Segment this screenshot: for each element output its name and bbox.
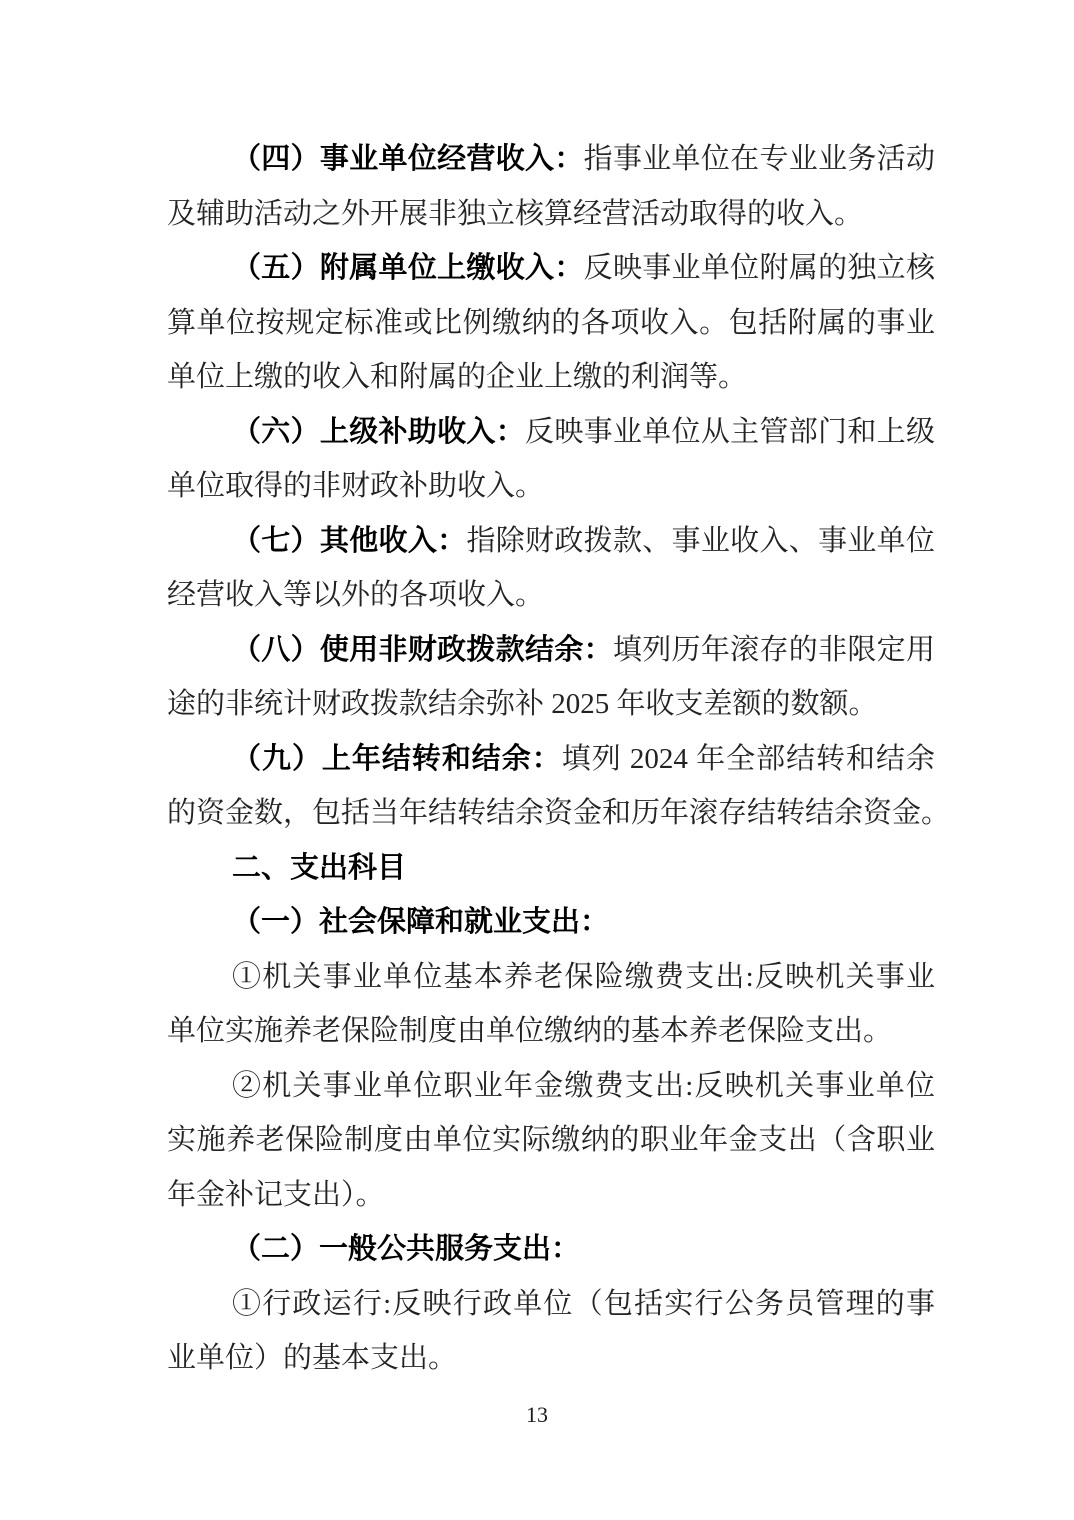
text-run: ①行政运行:反映行政单位（包括实行公务员管理的事 <box>232 1288 935 1320</box>
text-run: 反映事业单位从主管部门和上级 <box>525 416 935 448</box>
text-run: ②机关事业单位职业年金缴费支出:反映机关事业单位 <box>232 1070 935 1102</box>
paragraph-item-5-affiliated-unit-remitted-income: （五）附属单位上缴收入：反映事业单位附属的独立核算单位按规定标准或比例缴纳的各项… <box>167 241 935 405</box>
bold-text-run: （九）上年结转和结余： <box>232 743 562 775</box>
text-line: 经营收入等以外的各项收入。 <box>167 568 935 623</box>
text-run: 年金补记支出）。 <box>167 1179 385 1211</box>
text-line: 途的非统计财政拨款结余弥补 2025 年收支差额的数额。 <box>167 677 935 732</box>
text-line: （九）上年结转和结余：填列 2024 年全部结转和结余 <box>167 732 935 787</box>
text-line: （二）一般公共服务支出： <box>167 1222 935 1277</box>
paragraph-sub-1-circled-2-occupational-annuity-contribution: ②机关事业单位职业年金缴费支出:反映机关事业单位实施养老保险制度由单位实际缴纳的… <box>167 1059 935 1223</box>
text-run: 途的非统计财政拨款结余弥补 2025 年收支差额的数额。 <box>167 688 878 720</box>
text-line: ①行政运行:反映行政单位（包括实行公务员管理的事 <box>167 1277 935 1332</box>
paragraph-sub-2-circled-1-administrative-operation: ①行政运行:反映行政单位（包括实行公务员管理的事业单位）的基本支出。 <box>167 1277 935 1386</box>
paragraph-item-7-other-income: （七）其他收入：指除财政拨款、事业收入、事业单位经营收入等以外的各项收入。 <box>167 514 935 623</box>
paragraph-item-4-business-operating-income: （四）事业单位经营收入：指事业单位在专业业务活动及辅助活动之外开展非独立核算经营… <box>167 132 935 241</box>
text-run: 经营收入等以外的各项收入。 <box>167 579 544 611</box>
text-line: （七）其他收入：指除财政拨款、事业收入、事业单位 <box>167 514 935 569</box>
text-line: ②机关事业单位职业年金缴费支出:反映机关事业单位 <box>167 1059 935 1114</box>
text-run: 指事业单位在专业业务活动 <box>584 143 935 175</box>
paragraph-section-2-expenditure-items-heading: 二、支出科目 <box>167 841 935 896</box>
paragraph-sub-1-circled-1-basic-pension-contribution: ①机关事业单位基本养老保险缴费支出:反映机关事业单位实施养老保险制度由单位缴纳的… <box>167 950 935 1059</box>
text-line: （八）使用非财政拨款结余：填列历年滚存的非限定用 <box>167 623 935 678</box>
text-line: 年金补记支出）。 <box>167 1168 935 1223</box>
text-line: 及辅助活动之外开展非独立核算经营活动取得的收入。 <box>167 187 935 242</box>
text-line: （六）上级补助收入：反映事业单位从主管部门和上级 <box>167 405 935 460</box>
bold-text-run: （四）事业单位经营收入： <box>232 143 584 175</box>
bold-text-run: （七）其他收入： <box>232 525 466 557</box>
text-line: 算单位按规定标准或比例缴纳的各项收入。包括附属的事业 <box>167 296 935 351</box>
bold-text-run: （一）社会保障和就业支出： <box>232 906 609 938</box>
text-run: 反映事业单位附属的独立核 <box>584 252 935 284</box>
bold-text-run: （五）附属单位上缴收入： <box>232 252 584 284</box>
page-footer: 13 <box>0 1402 1074 1428</box>
text-line: 二、支出科目 <box>167 841 935 896</box>
text-run: 算单位按规定标准或比例缴纳的各项收入。包括附属的事业 <box>167 307 935 339</box>
text-line: 单位实施养老保险制度由单位缴纳的基本养老保险支出。 <box>167 1004 935 1059</box>
text-line: （四）事业单位经营收入：指事业单位在专业业务活动 <box>167 132 935 187</box>
text-line: 单位取得的非财政补助收入。 <box>167 459 935 514</box>
document-body: （四）事业单位经营收入：指事业单位在专业业务活动及辅助活动之外开展非独立核算经营… <box>167 132 935 1386</box>
text-run: 指除财政拨款、事业收入、事业单位 <box>466 525 935 557</box>
bold-text-run: （六）上级补助收入： <box>232 416 525 448</box>
paragraph-sub-2-general-public-services-heading: （二）一般公共服务支出： <box>167 1222 935 1277</box>
bold-text-run: （二）一般公共服务支出： <box>232 1233 580 1265</box>
text-line: 的资金数，包括当年结转结余资金和历年滚存结转结余资金。 <box>167 786 935 841</box>
page-number: 13 <box>526 1402 548 1427</box>
text-run: 的资金数，包括当年结转结余资金和历年滚存结转结余资金。 <box>167 797 950 829</box>
bold-text-run: 二、支出科目 <box>232 852 406 884</box>
paragraph-item-6-superior-subsidy-income: （六）上级补助收入：反映事业单位从主管部门和上级单位取得的非财政补助收入。 <box>167 405 935 514</box>
paragraph-sub-1-social-security-employment-heading: （一）社会保障和就业支出： <box>167 895 935 950</box>
text-line: 业单位）的基本支出。 <box>167 1331 935 1386</box>
text-run: 填列 2024 年全部结转和结余 <box>562 743 935 775</box>
text-run: 单位实施养老保险制度由单位缴纳的基本养老保险支出。 <box>167 1015 892 1047</box>
text-line: ①机关事业单位基本养老保险缴费支出:反映机关事业 <box>167 950 935 1005</box>
text-line: （一）社会保障和就业支出： <box>167 895 935 950</box>
paragraph-item-9-prior-year-carryover-and-surplus: （九）上年结转和结余：填列 2024 年全部结转和结余的资金数，包括当年结转结余… <box>167 732 935 841</box>
text-line: 实施养老保险制度由单位实际缴纳的职业年金支出（含职业 <box>167 1113 935 1168</box>
bold-text-run: （八）使用非财政拨款结余： <box>232 634 613 666</box>
text-run: 实施养老保险制度由单位实际缴纳的职业年金支出（含职业 <box>167 1124 935 1156</box>
text-run: 单位上缴的收入和附属的企业上缴的利润等。 <box>167 361 747 393</box>
paragraph-item-8-use-of-non-fiscal-appropriation-surplus: （八）使用非财政拨款结余：填列历年滚存的非限定用途的非统计财政拨款结余弥补 20… <box>167 623 935 732</box>
text-run: 业单位）的基本支出。 <box>167 1342 457 1374</box>
text-run: 填列历年滚存的非限定用 <box>613 634 935 666</box>
text-run: 及辅助活动之外开展非独立核算经营活动取得的收入。 <box>167 198 863 230</box>
text-run: ①机关事业单位基本养老保险缴费支出:反映机关事业 <box>232 961 935 993</box>
document-page: （四）事业单位经营收入：指事业单位在专业业务活动及辅助活动之外开展非独立核算经营… <box>0 0 1074 1520</box>
text-line: 单位上缴的收入和附属的企业上缴的利润等。 <box>167 350 935 405</box>
text-line: （五）附属单位上缴收入：反映事业单位附属的独立核 <box>167 241 935 296</box>
text-run: 单位取得的非财政补助收入。 <box>167 470 544 502</box>
